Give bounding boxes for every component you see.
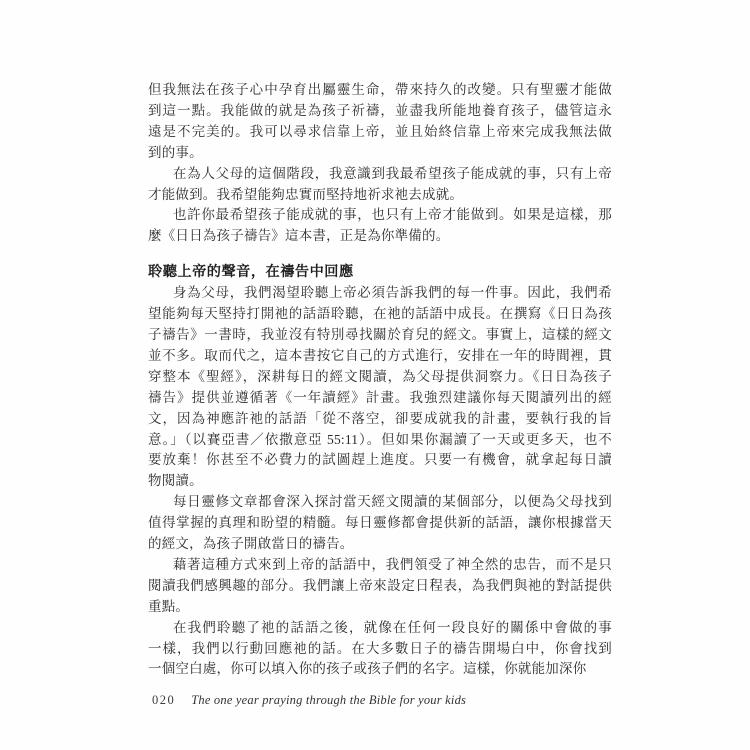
text-line: 到的事。 [148, 143, 612, 164]
text-line: 物閱讀。 [148, 471, 612, 492]
text-line: 禱告》提供並遵循著《一年讀經》計畫。我強烈建議你每天閱讀列出的經 [148, 388, 612, 409]
paragraph: 藉著這種方式來到上帝的話語中，我們領受了神全然的忠告，而不是只閱讀我們感興趣的部… [148, 555, 612, 618]
text-line: 望能夠每天堅持打開祂的話語聆聽，在祂的話語中成長。在撰寫《日日為孩 [148, 304, 612, 325]
text-line: 意。」（以賽亞書／依撒意亞 55:11）。但如果你漏讀了一天或更多天，也不 [148, 430, 612, 451]
text-line: 一個空白處，你可以填入你的孩子或孩子們的名字。這樣，你就能加深你 [148, 659, 612, 680]
text-line: 才能做到。我希望能夠忠實而堅持地祈求祂去成就。 [148, 185, 612, 206]
footer: 020 The one year praying through the Bib… [152, 693, 466, 708]
text-line: 每日靈修文章都會深入探討當天經文閱讀的某個部分，以便為父母找到 [148, 492, 612, 513]
text-line: 到這一點。我能做的就是為孩子祈禱，並盡我所能地養育孩子，儘管這永 [148, 101, 612, 122]
paragraph: 在為人父母的這個階段，我意識到我最希望孩子能成就的事，只有上帝才能做到。我希望能… [148, 164, 612, 206]
text-line: 身為父母，我們渴望聆聽上帝必須告訴我們的每一件事。因此，我們希 [148, 283, 612, 304]
text-line: 重點。 [148, 597, 612, 618]
text-line: 子禱告》一書時，我並沒有特別尋找關於育兒的經文。事實上，這樣的經文 [148, 325, 612, 346]
text-line: 文，因為神應許祂的話語「從不落空，卻要成就我的計畫，要執行我的旨 [148, 409, 612, 430]
text-line: 並不多。取而代之，這本書按它自己的方式進行，安排在一年的時間裡，貫 [148, 346, 612, 367]
text-line: 在我們聆聽了祂的話語之後，就像在任何一段良好的關係中會做的事 [148, 618, 612, 639]
text-line: 穿整本《聖經》，深耕每日的經文閱讀，為父母提供洞察力。《日日為孩子 [148, 367, 612, 388]
book-page: 但我無法在孩子心中孕育出屬靈生命，帶來持久的改變。只有聖靈才能做到這一點。我能做… [0, 0, 750, 750]
text-line: 麼《日日為孩子禱告》這本書，正是為你準備的。 [148, 226, 612, 247]
paragraph: 但我無法在孩子心中孕育出屬靈生命，帶來持久的改變。只有聖靈才能做到這一點。我能做… [148, 80, 612, 164]
text-line: 但我無法在孩子心中孕育出屬靈生命，帶來持久的改變。只有聖靈才能做 [148, 80, 612, 101]
text-line: 的經文，為孩子開啟當日的禱告。 [148, 534, 612, 555]
text-block: 但我無法在孩子心中孕育出屬靈生命，帶來持久的改變。只有聖靈才能做到這一點。我能做… [148, 80, 612, 680]
text-line: 一樣，我們以行動回應祂的話。在大多數日子的禱告開場白中，你會找到 [148, 639, 612, 660]
section-heading: 聆聽上帝的聲音，在禱告中回應 [148, 262, 612, 283]
running-title: The one year praying through the Bible f… [191, 693, 466, 708]
text-line: 值得掌握的真理和盼望的精髓。每日靈修都會提供新的話語，讓你根據當天 [148, 513, 612, 534]
paragraph: 在我們聆聽了祂的話語之後，就像在任何一段良好的關係中會做的事一樣，我們以行動回應… [148, 618, 612, 681]
paragraph: 身為父母，我們渴望聆聽上帝必須告訴我們的每一件事。因此，我們希望能夠每天堅持打開… [148, 283, 612, 492]
text-line: 要放棄！你甚至不必費力的試圖趕上進度。只要一有機會，就拿起每日讀 [148, 450, 612, 471]
text-line: 在為人父母的這個階段，我意識到我最希望孩子能成就的事，只有上帝 [148, 164, 612, 185]
text-line: 遠是不完美的。我可以尋求信靠上帝，並且始終信靠上帝來完成我無法做 [148, 122, 612, 143]
paragraph: 也許你最希望孩子能成就的事，也只有上帝才能做到。如果是這樣，那麼《日日為孩子禱告… [148, 205, 612, 247]
heading-line: 聆聽上帝的聲音，在禱告中回應 [148, 262, 612, 283]
text-line: 閱讀我們感興趣的部分。我們讓上帝來設定日程表，為我們與祂的對話提供 [148, 576, 612, 597]
text-line: 藉著這種方式來到上帝的話語中，我們領受了神全然的忠告，而不是只 [148, 555, 612, 576]
paragraph: 每日靈修文章都會深入探討當天經文閱讀的某個部分，以便為父母找到值得掌握的真理和盼… [148, 492, 612, 555]
text-line: 也許你最希望孩子能成就的事，也只有上帝才能做到。如果是這樣，那 [148, 205, 612, 226]
page-number: 020 [152, 693, 175, 708]
